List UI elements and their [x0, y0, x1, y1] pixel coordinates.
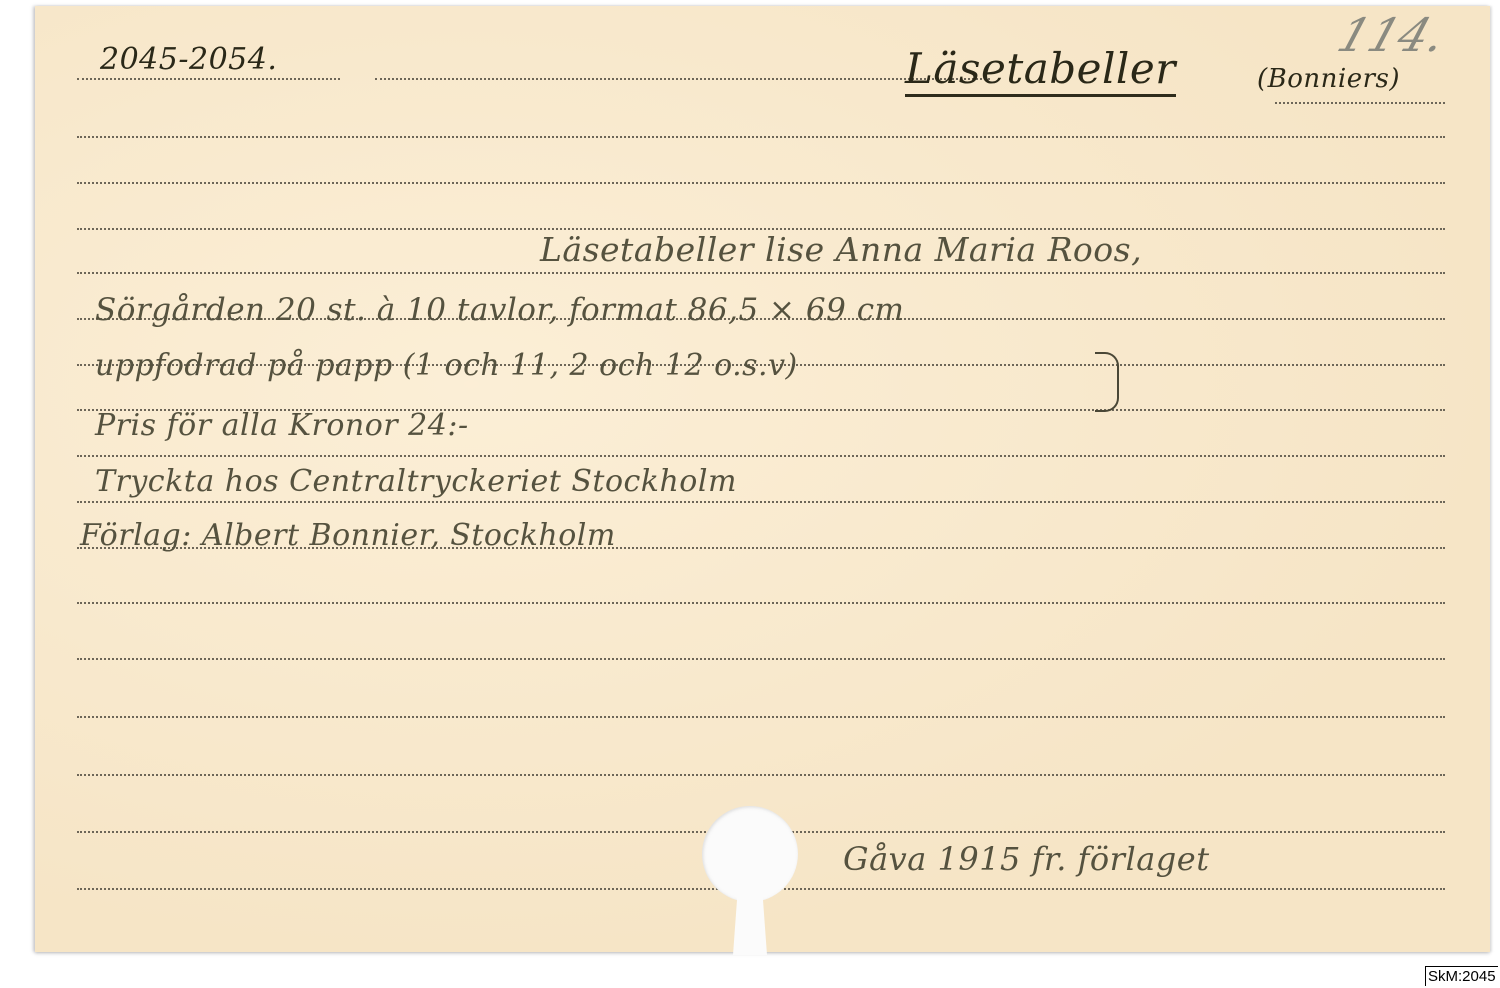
rule-line — [77, 78, 340, 80]
rule-line — [375, 78, 990, 80]
body-line-2: Sörgården 20 st. à 10 tavlor, format 86,… — [95, 292, 904, 328]
rule-line — [77, 716, 1445, 718]
body-line-1: Läsetabeller lise Anna Maria Roos, — [540, 230, 1142, 269]
body-line-5: Tryckta hos Centraltryckeriet Stockholm — [95, 464, 737, 499]
bracket-mark — [1095, 352, 1119, 412]
rule-line — [77, 272, 1445, 274]
rule-line — [77, 455, 1445, 457]
archive-label: SkM:2045 — [1425, 966, 1498, 986]
rule-line — [77, 658, 1445, 660]
rule-line — [77, 602, 1445, 604]
body-line-4: Pris för alla Kronor 24:- — [95, 408, 469, 443]
rule-line — [77, 774, 1445, 776]
publisher-note: (Bonniers) — [1257, 64, 1400, 94]
provenance-note: Gåva 1915 fr. förlaget — [843, 840, 1210, 878]
card-title: Läsetabeller — [905, 46, 1176, 97]
body-line-3: uppfodrad på papp (1 och 11, 2 och 12 o.… — [95, 348, 798, 383]
rule-line — [77, 182, 1445, 184]
rule-line — [1275, 102, 1445, 104]
catalog-range: 2045-2054. — [100, 42, 277, 77]
card-number: 114. — [1331, 8, 1453, 62]
rule-line — [77, 136, 1445, 138]
punch-slot — [733, 885, 767, 955]
rule-line — [77, 501, 1445, 503]
body-line-6: Förlag: Albert Bonnier, Stockholm — [80, 518, 616, 553]
